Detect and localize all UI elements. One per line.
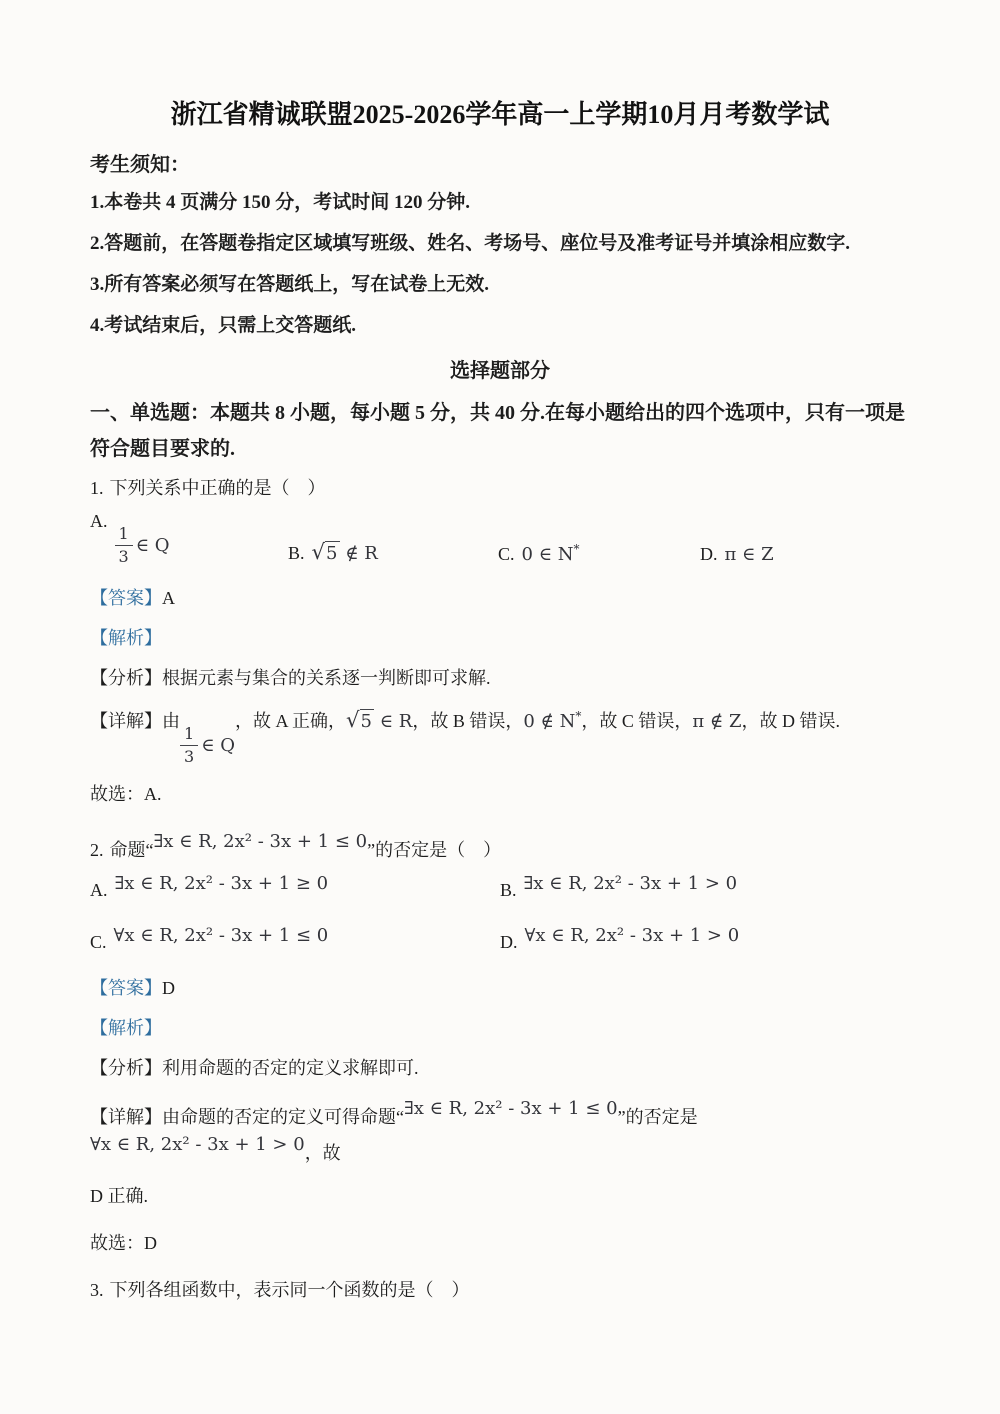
- formula-tail: ∈ R: [380, 711, 413, 732]
- formula-tail: ∈ Q: [136, 535, 170, 556]
- q1-option-d-formula: π ∈ Z: [725, 544, 774, 565]
- q1-fenxi-text: 根据元素与集合的关系逐一判断即可求解.: [162, 668, 491, 688]
- q2-detail-pre: 由命题的否定的定义可得命题“: [162, 1107, 404, 1127]
- q1-number: 1.: [90, 478, 104, 498]
- formula-tail: ∈ Q: [201, 732, 235, 759]
- q1-conclusion: 故选：A.: [90, 781, 910, 808]
- q2-conclusion: 故选：D: [90, 1230, 910, 1257]
- q1-detail-pi-formula: π ∉ Z: [692, 711, 741, 732]
- q2-option-d: D.∀x ∈ R, 2x² - 3x + 1 > 0: [500, 925, 910, 953]
- q1-detail-t4: ，故 D 错误.: [741, 711, 840, 731]
- q1-fenxi-row: 【分析】根据元素与集合的关系逐一判断即可求解.: [90, 665, 910, 692]
- q1-option-d: D.π ∈ Z: [700, 544, 860, 565]
- q1-option-a-formula: 13∈ Q: [115, 526, 170, 565]
- fraction-numerator: 1: [180, 726, 198, 745]
- q3-stem: 3.下列各组函数中，表示同一个函数的是（ ）: [90, 1277, 910, 1305]
- formula-base: 0 ∈ N: [522, 544, 574, 565]
- xiangjie-tag: 【详解】: [90, 711, 162, 731]
- q1-option-b: B.√5 ∉ R: [288, 540, 498, 565]
- q1-detail-natural-formula: 0 ∉ N*: [523, 711, 581, 732]
- q2-jiexi-row: 【解析】: [90, 1015, 910, 1042]
- q2-answer-value: D: [162, 978, 175, 998]
- q2-stem-formula: ∃x ∈ R, 2x² - 3x + 1 ≤ 0: [154, 828, 368, 856]
- sqrt-radicand: 5: [360, 709, 374, 732]
- doc-title: 浙江省精诚联盟2025-2026学年高一上学期10月月考数学试: [90, 98, 910, 132]
- formula-tail: ∉ R: [345, 543, 378, 564]
- superscript-star: *: [574, 542, 580, 556]
- section-heading: 选择题部分: [90, 354, 910, 383]
- q1-answer-row: 【答案】A: [90, 585, 910, 612]
- q1-stem-text: 下列关系中正确的是（ ）: [110, 478, 326, 498]
- q1-option-d-label: D.: [700, 544, 718, 564]
- fraction-denominator: 3: [180, 745, 198, 765]
- q1-option-c-formula: 0 ∈ N*: [522, 544, 580, 565]
- q2-number: 2.: [90, 840, 104, 860]
- answer-tag: 【答案】: [90, 588, 162, 608]
- q1-answer-value: A: [162, 588, 175, 608]
- sqrt-symbol: √: [346, 708, 360, 733]
- q1-option-a-label: A.: [90, 511, 108, 531]
- q1-options: A.13∈ Q B.√5 ∉ R C.0 ∈ N* D.π ∈ Z: [90, 511, 910, 565]
- q3-stem-text: 下列各组函数中，表示同一个函数的是（ ）: [110, 1280, 470, 1300]
- q1-option-a: A.13∈ Q: [90, 511, 288, 565]
- q2-option-a: A.∃x ∈ R, 2x² - 3x + 1 ≥ 0: [90, 873, 500, 901]
- q2-option-b-label: B.: [500, 880, 517, 901]
- notice-item-3: 3.所有答案必须写在答题纸上，写在试卷上无效.: [90, 272, 910, 299]
- q1-stem: 1.下列关系中正确的是（ ）: [90, 475, 910, 503]
- q1-detail-t1: ，故 A 正确，: [235, 711, 346, 731]
- fraction-denominator: 3: [115, 545, 133, 565]
- notice-heading: 考生须知：: [90, 148, 910, 177]
- section-instruction: 一、单选题：本题共 8 小题，每小题 5 分，共 40 分.在每小题给出的四个选…: [90, 395, 910, 468]
- q1-detail-fraction-formula: 13∈ Q: [180, 726, 235, 765]
- q2-answer-row: 【答案】D: [90, 975, 910, 1002]
- q1-detail-t2: ，故 B 错误，: [412, 711, 523, 731]
- q1-option-c-label: C.: [498, 544, 515, 564]
- q1-detail-t0: 由: [162, 711, 180, 731]
- fraction: 13: [180, 726, 198, 765]
- fraction-numerator: 1: [115, 526, 133, 545]
- q2-detail-mid: ”的否定是: [618, 1107, 698, 1127]
- q2-option-a-label: A.: [90, 880, 108, 901]
- q1-detail-sqrt-formula: √5 ∈ R: [346, 711, 412, 732]
- q2-detail-row: 【详解】由命题的否定的定义可得命题“∃x ∈ R, 2x² - 3x + 1 ≤…: [90, 1095, 910, 1167]
- q1-option-c: C.0 ∈ N*: [498, 542, 700, 565]
- jiexi-tag: 【解析】: [90, 1018, 162, 1038]
- q2-option-d-label: D.: [500, 932, 518, 953]
- q2-stem: 2.命题“∃x ∈ R, 2x² - 3x + 1 ≤ 0”的否定是（ ）: [90, 828, 910, 865]
- notice-item-4: 4.考试结束后，只需上交答题纸.: [90, 313, 910, 340]
- answer-tag: 【答案】: [90, 978, 162, 998]
- q2-option-c-formula: ∀x ∈ R, 2x² - 3x + 1 ≤ 0: [114, 925, 329, 946]
- q2-stem-post: ”的否定是（ ）: [367, 840, 501, 860]
- q2-option-d-formula: ∀x ∈ R, 2x² - 3x + 1 > 0: [525, 925, 740, 946]
- q2-detail-formula-2: ∀x ∈ R, 2x² - 3x + 1 > 0: [90, 1131, 305, 1158]
- fenxi-tag: 【分析】: [90, 1058, 162, 1078]
- jiexi-tag: 【解析】: [90, 628, 162, 648]
- q1-option-b-formula: √5 ∉ R: [312, 543, 378, 564]
- q2-option-c: C.∀x ∈ R, 2x² - 3x + 1 ≤ 0: [90, 925, 500, 953]
- q2-option-b-formula: ∃x ∈ R, 2x² - 3x + 1 > 0: [524, 873, 738, 894]
- fraction: 13: [115, 526, 133, 565]
- q2-fenxi-text: 利用命题的否定的定义求解即可.: [162, 1058, 419, 1078]
- fenxi-tag: 【分析】: [90, 668, 162, 688]
- exam-document-page: 浙江省精诚联盟2025-2026学年高一上学期10月月考数学试 考生须知： 1.…: [0, 0, 1000, 1414]
- q2-detail-formula-1: ∃x ∈ R, 2x² - 3x + 1 ≤ 0: [404, 1095, 618, 1122]
- sqrt-symbol: √: [312, 540, 326, 565]
- notice-item-2: 2.答题前，在答题卷指定区域填写班级、姓名、考场号、座位号及准考证号并填涂相应数…: [90, 231, 910, 258]
- q2-fenxi-row: 【分析】利用命题的否定的定义求解即可.: [90, 1055, 910, 1082]
- q1-option-b-label: B.: [288, 543, 305, 563]
- q2-option-b: B.∃x ∈ R, 2x² - 3x + 1 > 0: [500, 873, 910, 901]
- formula-base: 0 ∉ N: [523, 711, 575, 732]
- q1-detail-row: 【详解】由13∈ Q，故 A 正确，√5 ∈ R，故 B 错误，0 ∉ N*，故…: [90, 705, 910, 765]
- q2-option-a-formula: ∃x ∈ R, 2x² - 3x + 1 ≥ 0: [115, 873, 329, 894]
- q2-detail-line2: D 正确.: [90, 1183, 910, 1210]
- sqrt-radicand: 5: [325, 541, 339, 564]
- q2-stem-pre: 命题“: [110, 840, 154, 860]
- q2-option-c-label: C.: [90, 932, 107, 953]
- q2-options: A.∃x ∈ R, 2x² - 3x + 1 ≥ 0 B.∃x ∈ R, 2x²…: [90, 873, 910, 953]
- q1-jiexi-row: 【解析】: [90, 625, 910, 652]
- q3-number: 3.: [90, 1280, 104, 1300]
- xiangjie-tag: 【详解】: [90, 1107, 162, 1127]
- notice-item-1: 1.本卷共 4 页满分 150 分，考试时间 120 分钟.: [90, 190, 910, 217]
- q2-detail-post: ，故: [305, 1143, 341, 1163]
- q1-detail-t3: ，故 C 错误，: [581, 711, 692, 731]
